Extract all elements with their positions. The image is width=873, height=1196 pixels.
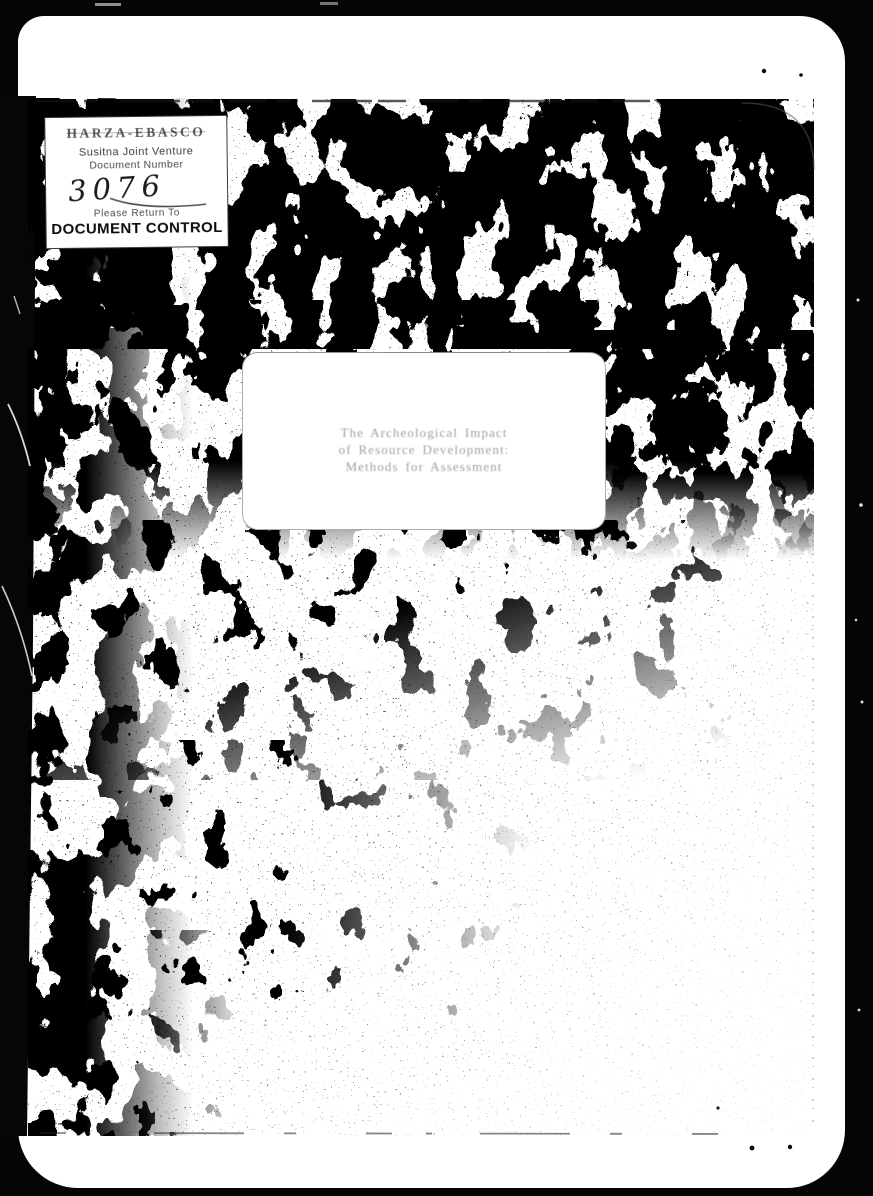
- handwriting-underline-swoosh: [108, 194, 208, 211]
- cover-title-plate: The Archeological Impact of Resource Dev…: [242, 352, 606, 530]
- stamp-control-title: DOCUMENT CONTROL: [46, 219, 227, 238]
- frame-speck: [857, 299, 860, 302]
- ink-dot: [750, 1146, 755, 1151]
- ink-dot: [788, 1145, 792, 1149]
- ink-dot: [716, 1106, 719, 1109]
- frame-speck: [859, 503, 863, 507]
- cover-title-line-1: The Archeological Impact: [340, 424, 507, 441]
- ink-dot: [799, 73, 803, 77]
- ink-dot: [762, 69, 766, 73]
- frame-speck: [861, 701, 864, 704]
- stamp-document-number-row: 3076: [46, 170, 227, 208]
- frame-speck: [95, 3, 121, 6]
- frame-speck: [858, 1009, 861, 1012]
- document-control-stamp: HARZA-EBASCO Susitna Joint Venture Docum…: [44, 115, 229, 249]
- cover-title-line-3: Methods for Assessment: [345, 458, 502, 475]
- frame-speck: [320, 2, 338, 5]
- stamp-venture-line: Susitna Joint Venture: [46, 145, 227, 159]
- cover-title-line-2: of Resource Development:: [339, 441, 510, 458]
- frame-speck: [855, 619, 858, 622]
- scanned-document-screenshot: { "stamp": { "brand": "HARZA-EBASCO", "v…: [0, 0, 873, 1196]
- stamp-brand-logo: HARZA-EBASCO: [45, 124, 226, 142]
